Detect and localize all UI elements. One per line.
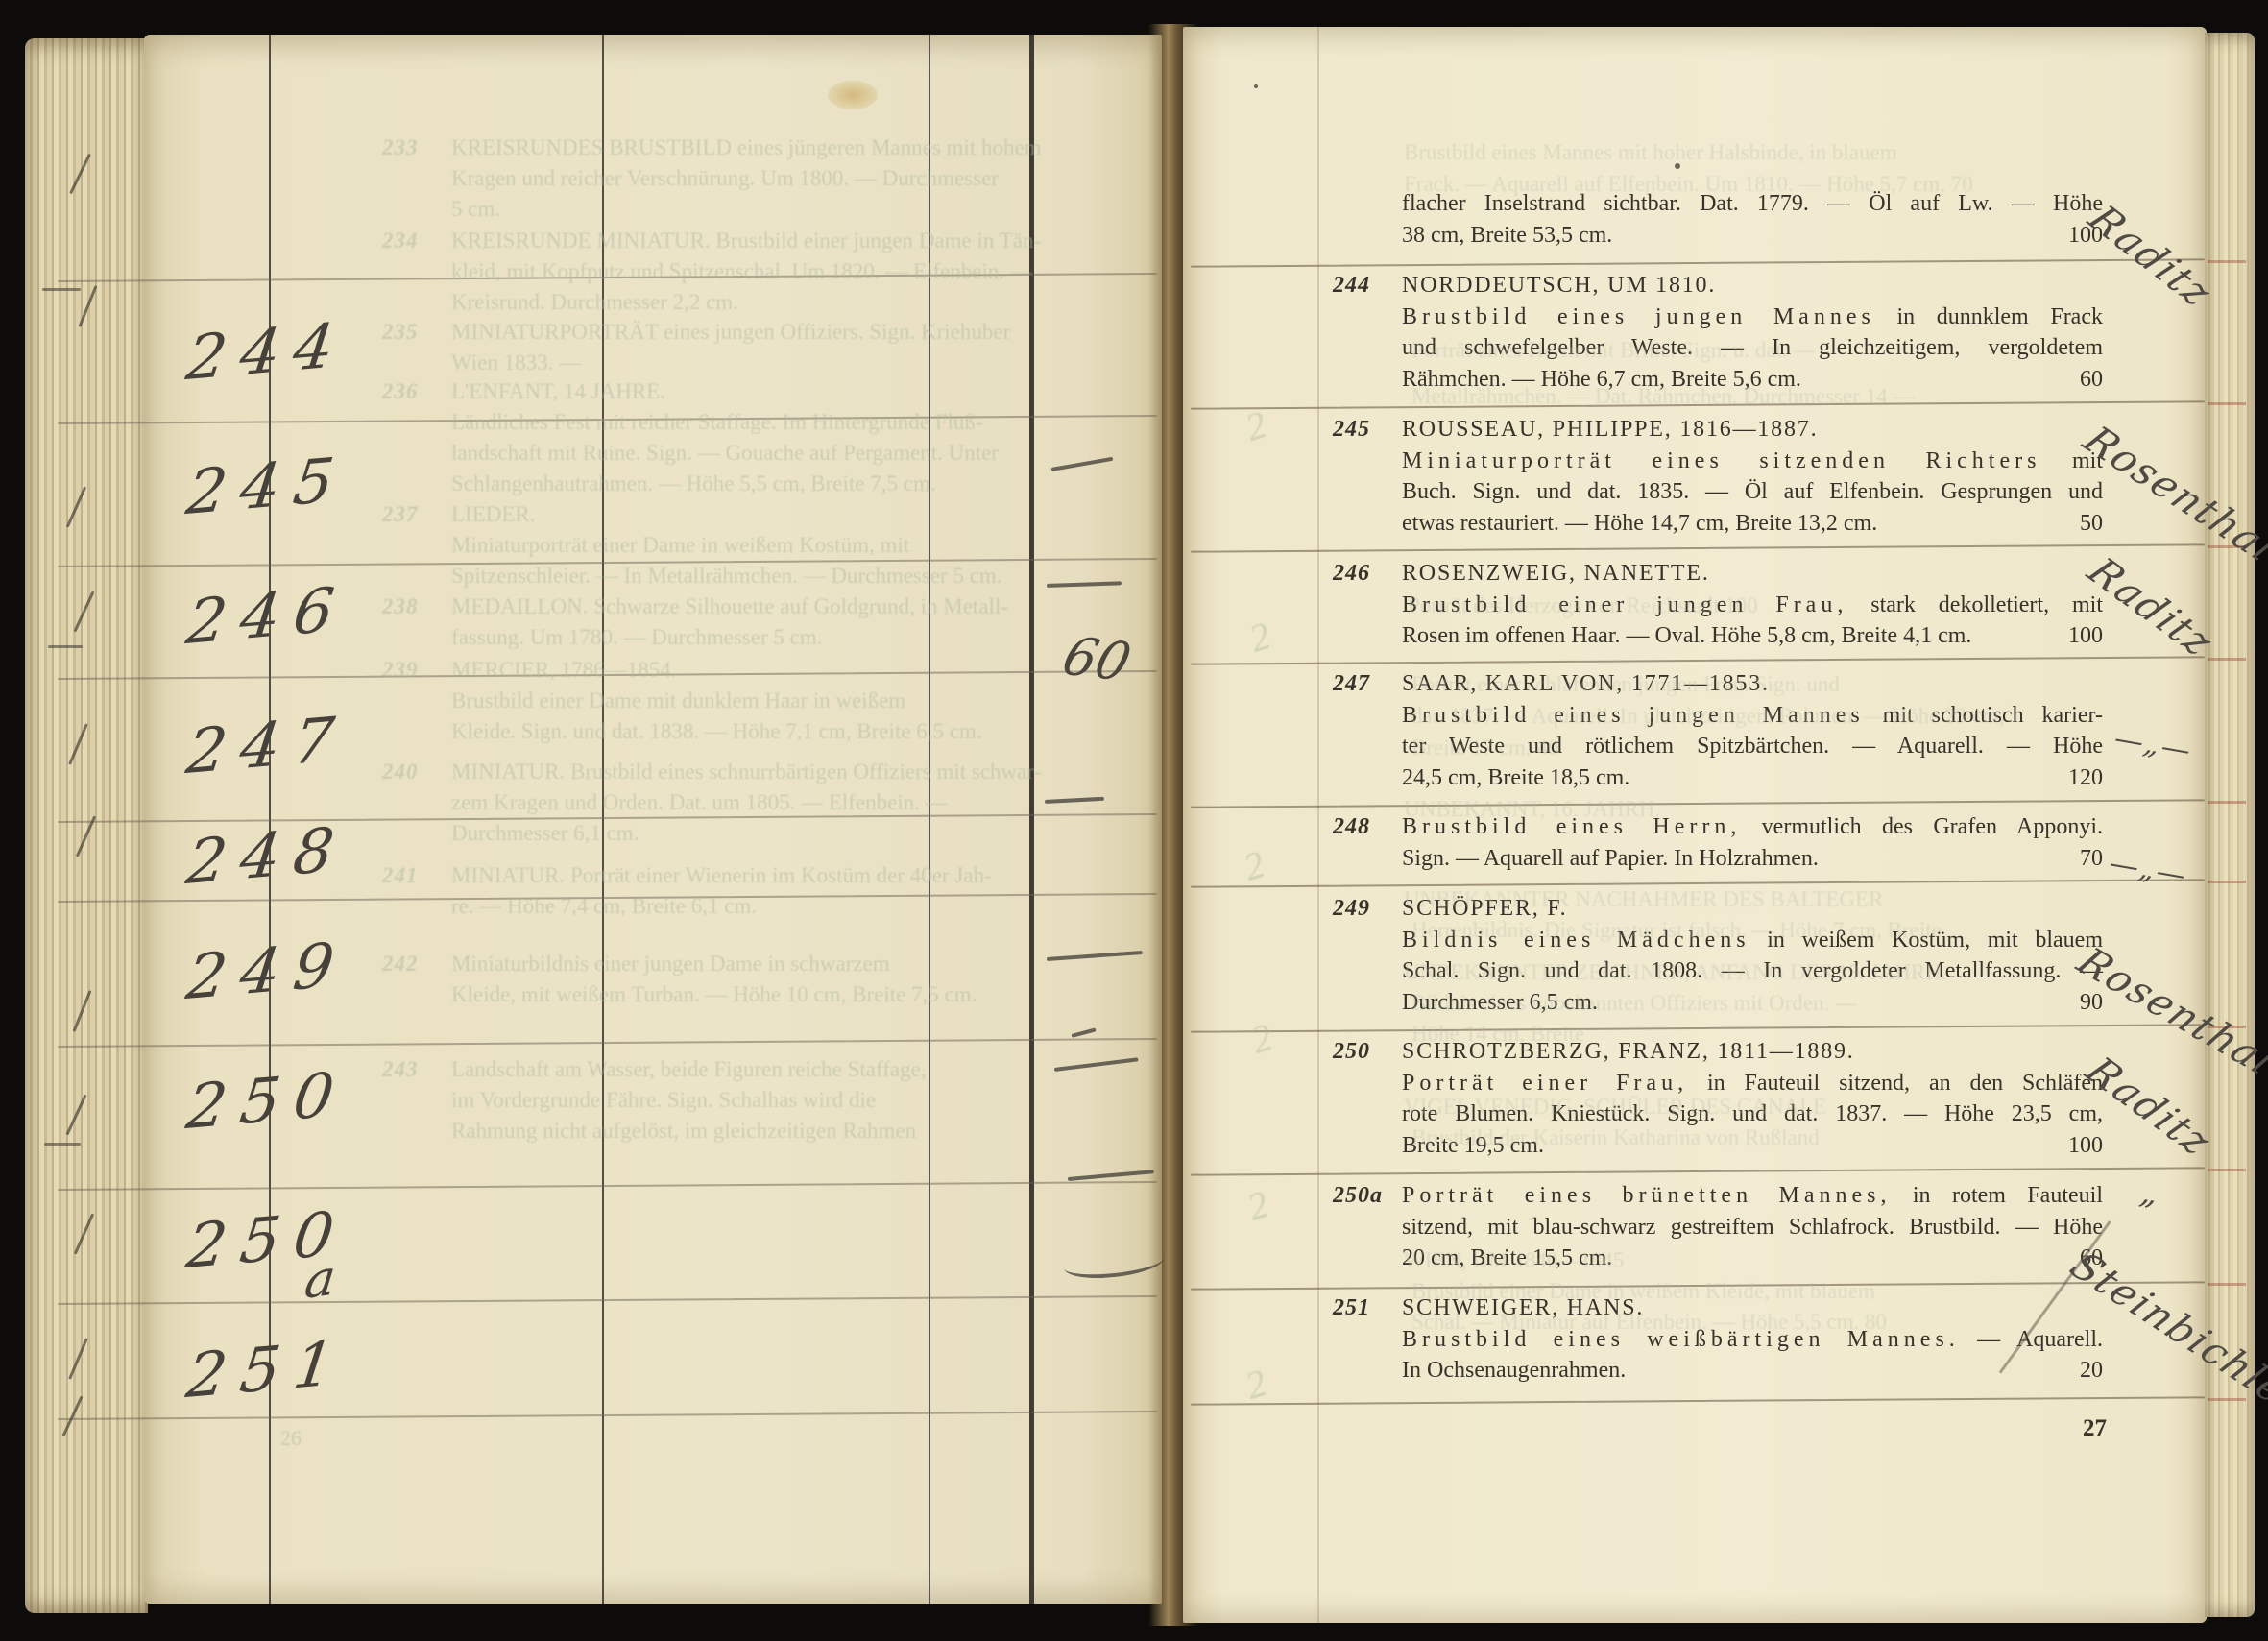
- entry-text: Sign. — Aquarell auf Papier. In Holzrahm…: [1402, 846, 1819, 871]
- showthrough-text: UNBEKANNTER NACHAHMER DES BALTEGER: [1404, 887, 1883, 912]
- showthrough-lot-number: 237: [382, 499, 444, 530]
- showthrough-line: LIEDER.: [451, 499, 1148, 530]
- showthrough-line: fassung. Um 1780. — Durchmesser 5 cm.: [451, 622, 1148, 653]
- lot-number: 248: [1333, 811, 1394, 843]
- showthrough-lot-number: 239: [382, 655, 444, 686]
- entry-line: In Ochsenaugenrahmen.20: [1402, 1355, 2103, 1387]
- showthrough-line: MINIATUR. Porträt einer Wienerin im Kost…: [451, 860, 1148, 891]
- showthrough-lot-number: 242: [382, 949, 444, 979]
- lot-number: 246: [1333, 558, 1394, 590]
- entry-text: in Fauteuil sitzend, an den Schläfen: [1688, 1071, 2103, 1096]
- showthrough-line: MERCIER, 1786—1854.: [451, 655, 1148, 686]
- fore-edge-mark: [2208, 658, 2246, 661]
- paper-stain: [828, 81, 878, 109]
- showthrough-lot-number: 240: [382, 757, 444, 787]
- showthrough-entry: 233KREISRUNDES BRUSTBILD eines jüngeren …: [451, 133, 1148, 225]
- showthrough-text: UNBEKANNTER ZEICHNER, ANFANG DES 19. JAH…: [1404, 960, 1947, 985]
- entry-line: etwas restauriert. — Höhe 14,7 cm, Breit…: [1402, 508, 2103, 540]
- fore-edge-mark: [2208, 1283, 2246, 1286]
- showthrough-line: Wien 1833. —: [451, 348, 1148, 378]
- fore-edge-mark: [2208, 1169, 2246, 1171]
- fore-edge-mark: [2208, 1398, 2246, 1401]
- showthrough-line: Landschaft am Wasser, beide Figuren reic…: [451, 1054, 1148, 1085]
- showthrough-line: KREISRUNDES BRUSTBILD eines jüngeren Man…: [451, 133, 1148, 163]
- spaced-emphasis: Porträt einer Frau,: [1402, 1071, 1688, 1096]
- entry-line: sitzend, mit blau-schwarz gestreiftem Sc…: [1402, 1212, 2103, 1243]
- handwritten-lot-number: 247: [182, 704, 351, 788]
- showthrough-lot-number: 238: [382, 591, 444, 622]
- handwritten-lot-number: 249: [182, 929, 351, 1014]
- book-page-edges-left: [25, 38, 148, 1613]
- showthrough-text: Frack. — Aquarell auf Elfenbein. Um 1810…: [1404, 172, 1973, 197]
- showthrough-line: kleid, mit Kopfputz und Spitzenschal. Um…: [451, 256, 1148, 287]
- entry-line: 24,5 cm, Breite 18,5 cm.120: [1402, 762, 2103, 794]
- showthrough-line: L'ENFANT, 14 JAHRE.: [451, 376, 1148, 407]
- showthrough-text: Schal. — Miniatur auf Elfenbein. — Höhe …: [1411, 1310, 1887, 1335]
- catalog-entry: 244 NORDDEUTSCH, UM 1810. Brustbild eine…: [1402, 270, 2103, 395]
- lot-number: 244: [1333, 270, 1394, 302]
- price-estimate: 70: [2080, 843, 2103, 875]
- price-estimate: 50: [2080, 508, 2103, 540]
- entry-line: 38 cm, Breite 53,5 cm.100: [1402, 220, 2103, 252]
- entry-text: in rotem Fauteuil: [1891, 1183, 2103, 1208]
- showthrough-lot-number: 241: [382, 860, 444, 891]
- showthrough-text: Bildnis eines unbekannten Offiziers mit …: [1411, 991, 1857, 1016]
- handwritten-lot-number: 251: [182, 1328, 351, 1412]
- showthrough-line: Schlangenhautrahmen. — Höhe 5,5 cm, Brei…: [451, 469, 1148, 499]
- showthrough-line: im Vordergrunde Fähre. Sign. Schalhas wi…: [451, 1085, 1148, 1116]
- showthrough-text: Porträt des Herzogs von Reichstadt 100: [1408, 593, 1758, 618]
- entry-text: stark dekolletiert, mit: [1847, 592, 2103, 617]
- entry-line: Rosen im offenen Haar. — Oval. Höhe 5,8 …: [1402, 620, 2103, 652]
- tally-dash: [44, 1143, 81, 1146]
- entry-text: in dunnklem Frack: [1875, 304, 2103, 329]
- showthrough-line: MINIATUR. Brustbild eines schnurrbärtige…: [451, 757, 1148, 787]
- showthrough-entry: 236L'ENFANT, 14 JAHRE.Ländliches Fest mi…: [451, 376, 1148, 499]
- entry-text: etwas restauriert. — Höhe 14,7 cm, Breit…: [1402, 511, 1877, 536]
- showthrough-text: Brustbild eines Mannes mit hoher Halsbin…: [1404, 140, 1897, 165]
- showthrough-line: 5 cm.: [451, 194, 1148, 225]
- entry-text: vermutlich des Grafen Apponyi.: [1741, 814, 2103, 839]
- artist-name: ROSENZWEIG, NANETTE.: [1402, 558, 2103, 590]
- spaced-emphasis: Miniaturporträt eines sitzenden Richters: [1402, 448, 2040, 473]
- showthrough-line: MINIATURPORTRÄT eines jungen Offiziers. …: [451, 317, 1148, 348]
- showthrough-entry: 235MINIATURPORTRÄT eines jungen Offizier…: [451, 317, 1148, 378]
- showthrough-text: Brustbild einer Dame in weißem Kleide, m…: [1411, 1279, 1875, 1304]
- showthrough-entry: 242Miniaturbildnis einer jungen Dame in …: [451, 949, 1148, 1010]
- showthrough-line: Kleide. Sign. und dat. 1838. — Höhe 7,1 …: [451, 716, 1148, 747]
- handwritten-lot-number: 250: [182, 1059, 351, 1144]
- spaced-emphasis: Brustbild eines jungen Mannes: [1402, 304, 1875, 329]
- entry-text: Buch. Sign. und dat. 1835. — Öl auf Elfe…: [1402, 479, 2103, 504]
- showthrough-line: landschaft mit Ruine. Sign. — Gouache au…: [451, 438, 1148, 469]
- entry-text: 24,5 cm, Breite 18,5 cm.: [1402, 765, 1629, 790]
- showthrough-line: Kreisrund. Durchmesser 2,2 cm.: [451, 287, 1148, 318]
- fore-edge-mark: [2208, 260, 2246, 263]
- showthrough-lot-number: 233: [382, 133, 444, 163]
- catalog-entry: 245 ROUSSEAU, PHILIPPE, 1816—1887. Minia…: [1402, 414, 2103, 539]
- entry-line: Buch. Sign. und dat. 1835. — Öl auf Elfe…: [1402, 476, 2103, 508]
- entry-line: Miniaturporträt eines sitzenden Richters…: [1402, 446, 2103, 477]
- entry-text: In Ochsenaugenrahmen.: [1402, 1358, 1626, 1383]
- entry-text: sitzend, mit blau-schwarz gestreiftem Sc…: [1402, 1215, 2103, 1240]
- showthrough-line: Durchmesser 6,1 cm.: [451, 818, 1148, 849]
- showthrough-text: Herrenbildnis. Die Signatur ist falsch. …: [1411, 918, 1942, 943]
- showthrough-line: Kragen und reicher Verschnürung. Um 1800…: [451, 163, 1148, 194]
- showthrough-entry: 234KREISRUNDE MINIATUR. Brustbild einer …: [451, 226, 1148, 318]
- fore-edge-mark: [2208, 881, 2246, 883]
- showthrough-text: VIGEL VENEDIG, SCHÜLER DES CANALE: [1404, 1095, 1826, 1120]
- lot-number: 250a: [1333, 1180, 1394, 1212]
- showthrough-line: Brustbild einer Dame mit dunklem Haar in…: [451, 686, 1148, 716]
- showthrough-text: Porträt eines Herrn mit Brille. Sign. u.…: [1411, 338, 1815, 363]
- entry-line: Porträt eines brünetten Mannes, in rotem…: [1402, 1180, 2103, 1212]
- entry-line: Brustbild eines jungen Mannes in dunnkle…: [1402, 302, 2103, 333]
- handwritten-lot-number: 246: [182, 574, 351, 659]
- price-estimate: 100: [2068, 620, 2103, 652]
- showthrough-entry: 243Landschaft am Wasser, beide Figuren r…: [451, 1054, 1148, 1146]
- lot-number: 247: [1333, 668, 1394, 700]
- entry-text: 38 cm, Breite 53,5 cm.: [1402, 223, 1612, 248]
- paper-speck: [1254, 84, 1258, 88]
- lot-number: 250: [1333, 1036, 1394, 1068]
- showthrough-entry: 239MERCIER, 1786—1854.Brustbild einer Da…: [451, 655, 1148, 747]
- handwritten-lot-number: 245: [182, 445, 351, 529]
- showthrough-lot-number: 236: [382, 376, 444, 407]
- fore-edge-mark: [2208, 402, 2246, 405]
- showthrough-text: Brustbild der Kaiserin Katharina von Ruß…: [1411, 1125, 1820, 1150]
- showthrough-line: MEDAILLON. Schwarze Silhouette auf Goldg…: [451, 591, 1148, 622]
- showthrough-line: Ländliches Fest mit reicher Staffage. Im…: [451, 407, 1148, 438]
- lot-number: 245: [1333, 414, 1394, 446]
- book-spread: 27 flacher Inselstrand sichtbar. Dat. 17…: [0, 0, 2268, 1641]
- paper-speck: [1675, 163, 1680, 169]
- showthrough-text: WIEN, UM 1840—1845: [1404, 1248, 1624, 1273]
- showthrough-line: Miniaturbildnis einer jungen Dame in sch…: [451, 949, 1148, 979]
- tally-dash: [42, 288, 81, 291]
- tally-dash: [48, 645, 83, 648]
- artist-name: ROUSSEAU, PHILIPPE, 1816—1887.: [1402, 414, 2103, 446]
- showthrough-line: re. — Höhe 7,4 cm, Breite 6,1 cm.: [451, 891, 1148, 922]
- showthrough-lot-number: 243: [382, 1054, 444, 1085]
- entry-text: Rosen im offenen Haar. — Oval. Höhe 5,8 …: [1402, 623, 1971, 648]
- showthrough-text: Höhe 14 cm, Breite: [1411, 1022, 1584, 1047]
- showthrough-entry: 238MEDAILLON. Schwarze Silhouette auf Go…: [451, 591, 1148, 653]
- showthrough-entry: 241MINIATUR. Porträt einer Wienerin im K…: [451, 860, 1148, 922]
- handwritten-lot-number: 244: [182, 310, 351, 395]
- showthrough-line: zem Kragen und Orden. Dat. um 1805. — El…: [451, 787, 1148, 818]
- entry-line: Sign. — Aquarell auf Papier. In Holzrahm…: [1402, 843, 2103, 875]
- showthrough-lot-number: 235: [382, 317, 444, 348]
- showthrough-entry: 237LIEDER.Miniaturporträt einer Dame in …: [451, 499, 1148, 591]
- showthrough-line: Rahmung nicht aufgelöst, im gleichzeitig…: [451, 1116, 1148, 1146]
- showthrough-line: Kleide, mit weißem Turban. — Höhe 10 cm,…: [451, 979, 1148, 1010]
- showthrough-page-number: 26: [280, 1423, 302, 1454]
- showthrough-text: UNBEKANNT, 16. JAHRH.: [1404, 797, 1660, 822]
- catalog-entry: 251 SCHWEIGER, HANS. Brustbild eines wei…: [1402, 1292, 2103, 1387]
- showthrough-line: Miniaturporträt einer Dame in weißem Kos…: [451, 530, 1148, 561]
- price-estimate: 60: [2080, 364, 2103, 396]
- price-estimate: 20: [2080, 1355, 2103, 1387]
- lot-number: 251: [1333, 1292, 1394, 1324]
- showthrough-text: dat. 1837. — Aquarell. In gleichzeitigem…: [1411, 704, 2005, 729]
- showthrough-text: Porträt einer schlafenden jungen Frau. S…: [1411, 672, 1840, 697]
- spaced-emphasis: Porträt eines brünetten Mannes,: [1402, 1183, 1891, 1208]
- lot-number: 249: [1333, 893, 1394, 925]
- showthrough-text: Breite 17 cm. 40: [1411, 736, 1558, 760]
- catalog-entry: flacher Inselstrand sichtbar. Dat. 1779.…: [1402, 188, 2103, 251]
- page-number: 27: [2063, 1415, 2107, 1442]
- fore-edge-mark: [2208, 801, 2246, 804]
- price-estimate: 120: [2068, 762, 2103, 794]
- showthrough-line: Spitzenschleier. — In Metallrähmchen. — …: [451, 561, 1148, 591]
- showthrough-lot-number: 234: [382, 226, 444, 256]
- showthrough-text: Metallrähmchen. — Dat. Rähmchen. Durchme…: [1411, 384, 1915, 409]
- price-estimate: 100: [2068, 1130, 2103, 1162]
- handwritten-lot-number: 248: [182, 814, 351, 899]
- artist-name: NORDDEUTSCH, UM 1810.: [1402, 270, 2103, 302]
- showthrough-line: KREISRUNDE MINIATUR. Brustbild einer jun…: [451, 226, 1148, 256]
- showthrough-entry: 240MINIATUR. Brustbild eines schnurrbärt…: [451, 757, 1148, 849]
